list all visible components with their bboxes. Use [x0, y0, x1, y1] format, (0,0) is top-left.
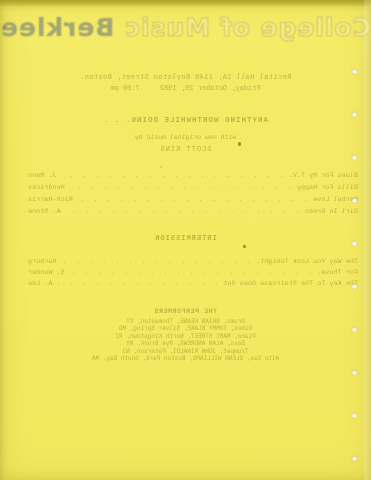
- binding-hole: [352, 155, 357, 160]
- song-title: For Those.: [317, 269, 358, 277]
- recital-title: ANYTHING WORTHWHILE DOING. . .: [0, 117, 371, 125]
- recital-subtitle: with new original music by: [0, 134, 371, 141]
- program-row: For Those. . . . . . . . . . . . . . . .…: [28, 269, 358, 280]
- venue-line: Recital Hall 1A, 1140 Boylston Street, B…: [0, 74, 371, 82]
- scanned-program-page: College of Music Berklee Recital Hall 1A…: [0, 0, 371, 480]
- song-credit: A. Lee: [28, 280, 52, 288]
- performer-line: Vibes, TOMMY BLAKE, Silver Spring, MD: [0, 325, 371, 332]
- show-through-content: College of Music Berklee Recital Hall 1A…: [0, 0, 371, 480]
- ink-speck: [160, 166, 162, 168]
- binding-hole: [352, 413, 357, 418]
- date-time-line: Friday, October 29, 1982 7:00 pm: [0, 85, 371, 93]
- song-title: Bills For Happy: [297, 184, 358, 192]
- recital-performer-name: SCOTT KING: [0, 146, 371, 154]
- masthead-college-of-music: College of Music: [124, 13, 371, 42]
- performers-heading: THE PERFORMERS: [0, 308, 371, 315]
- performers-list: Drums, BRIAN KEANE, Thomaston, CT Vibes,…: [0, 318, 371, 362]
- performer-line: Bass, ALAN ANDREWS, Rye Brook, NY: [0, 340, 371, 347]
- date-text: Friday, October 29, 1982: [160, 85, 261, 93]
- program-row: Blues For My T.V. . . . . . . . . . . . …: [28, 172, 358, 184]
- song-title: Girl In Green: [305, 208, 358, 216]
- time-text: 7:00 pm: [110, 85, 139, 93]
- song-title: The Key To The Staircase Goes Out: [223, 280, 358, 288]
- dotted-leader: . . . . . . . . . . . . . . . . . . . . …: [62, 258, 251, 266]
- ink-speck: [243, 245, 246, 248]
- binding-hole: [352, 69, 357, 74]
- scan-top-shadow: [0, 0, 371, 7]
- program-list-second-set: The Way You Look Tonight. . . . . . . . …: [28, 258, 358, 291]
- performer-line: Alto Sax, GLENN WILLIAMS, Boston Park, S…: [0, 355, 371, 362]
- masthead-berklee: Berklee: [0, 13, 114, 42]
- song-credit: J. Mann: [28, 172, 57, 180]
- program-list-first-set: Blues For My T.V. . . . . . . . . . . . …: [28, 172, 358, 220]
- program-row: Girl In Green . . . . . . . . . . . . . …: [28, 208, 358, 220]
- dotted-leader: . . . . . . . . . . . . . . . . . . . . …: [62, 172, 284, 180]
- song-credit: Harburg: [28, 258, 57, 266]
- program-row: The Key To The Staircase Goes Out . . . …: [28, 280, 358, 291]
- song-title: The Way You Look Tonight.: [256, 258, 358, 266]
- program-row: Herbal Love . . . . . . . . . . . . . . …: [28, 196, 358, 208]
- song-credit: Rich-Harris: [28, 196, 73, 204]
- scan-right-edge-light: [364, 0, 371, 480]
- performer-line: Piano, MARC STREET, North Kingstown, RI: [0, 333, 371, 340]
- ink-speck: [238, 142, 241, 146]
- song-credit: S. Wonder: [28, 269, 65, 277]
- binding-hole: [352, 370, 357, 375]
- song-credit: Hendricks: [28, 184, 65, 192]
- song-credit: A. Stone: [28, 208, 61, 216]
- binding-hole: [352, 456, 357, 461]
- performer-line: Drums, BRIAN KEANE, Thomaston, CT: [0, 318, 371, 325]
- binding-hole: [352, 241, 357, 246]
- performer-line: Trumpet, JOHN RINALDI, Paterson, NJ: [0, 348, 371, 355]
- dotted-leader: . . . . . . . . . . . . . . . . . . . . …: [70, 184, 292, 192]
- ink-speck: [3, 26, 6, 29]
- program-row: Bills For Happy . . . . . . . . . . . . …: [28, 184, 358, 196]
- program-row: The Way You Look Tonight. . . . . . . . …: [28, 258, 358, 269]
- binding-hole: [352, 112, 357, 117]
- binding-hole: [352, 327, 357, 332]
- intermission-label: INTERMISSION: [0, 235, 371, 243]
- binding-hole: [352, 198, 357, 203]
- dotted-leader: . . . . . . . . . . . . . . . . . . . . …: [66, 208, 300, 216]
- masthead-title: College of Music Berklee: [0, 13, 371, 42]
- song-title: Blues For My T.V.: [289, 172, 358, 180]
- dotted-leader: . . . . . . . . . . . . . . . . . . . . …: [78, 196, 308, 204]
- binding-hole: [352, 284, 357, 289]
- dotted-leader: . . . . . . . . . . . . . . . . . . . . …: [70, 269, 312, 277]
- dotted-leader: . . . . . . . . . . . . . . . . . . . . …: [57, 280, 218, 288]
